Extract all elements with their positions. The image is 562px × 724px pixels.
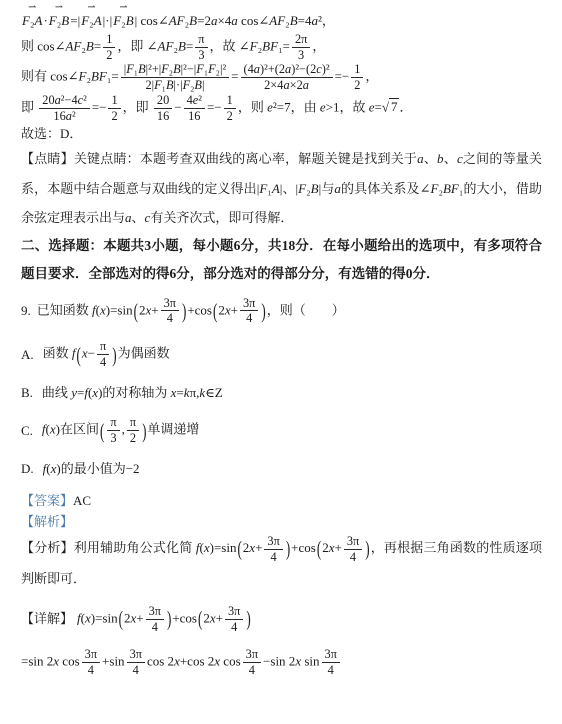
question-stem: 已知函数 f(x)=sin(2x+3π4)+cos(2x+3π4)，则（ ）: [37, 296, 345, 327]
explain-label: 【解析】: [21, 514, 73, 529]
analysis-paragraph: 【分析】利用辅助角公式化简 f(x)=sin(2x+3π4)+cos(2x+3π…: [21, 533, 542, 594]
question-number: 9.: [21, 301, 31, 321]
option-c-letter: C.: [21, 421, 33, 441]
key-note-label: 【点睛】: [21, 151, 74, 166]
document-page: F₂A·F₂B=|F₂A|·|F₂B| cos∠AF₂B=2a×4a cos∠A…: [0, 0, 562, 724]
detail-formula: f(x)=sin(2x+3π4)+cos(2x+3π4): [77, 604, 252, 635]
option-a-text: 函数 f(x−π4)为偶函数: [43, 339, 170, 370]
analysis-text: 利用辅助角公式化简 f(x)=sin(2x+3π4)+cos(2x+3π4)，再…: [21, 540, 542, 586]
option-b-text: 曲线 y=f(x)的对称轴为 x=kπ,k∈Z: [42, 383, 223, 403]
option-a-letter: A.: [21, 345, 34, 365]
option-b: B. 曲线 y=f(x)的对称轴为 x=kπ,k∈Z: [21, 383, 542, 403]
option-d: D. f(x)的最小值为−2: [21, 459, 542, 479]
question-9: 9. 已知函数 f(x)=sin(2x+3π4)+cos(2x+3π4)，则（ …: [21, 296, 542, 327]
formula-cos-angle: 则 cos∠AF₂B=12，即 ∠AF₂B=π3，故 ∠F₂BF₁=2π3，: [21, 32, 542, 63]
formula-dot-product: F₂A·F₂B=|F₂A|·|F₂B| cos∠AF₂B=2a×4a cos∠A…: [21, 10, 542, 32]
answer-line: 【答案】AC: [21, 491, 542, 512]
formula-law-of-cosines: 则有 cos∠F₂BF₁=|F₁B|²+|F₂B|²−|F₁F₂|²2|F₁B|…: [21, 62, 542, 93]
option-d-text: f(x)的最小值为−2: [43, 459, 140, 479]
formula-eccentricity: 即 20a²−4c²16a²=−12，即 2016−4e²16=−12，则 e²…: [21, 93, 542, 124]
option-c-text: f(x)在区间(π3,π2)单调递增: [42, 415, 200, 446]
conclusion-text: 故选：D．: [21, 124, 542, 145]
key-note-paragraph: 【点睛】关键点睛：本题考查双曲线的离心率，解题关键是找到关于a、b、c之间的等量…: [21, 144, 542, 232]
detail-line: 【详解】 f(x)=sin(2x+3π4)+cos(2x+3π4): [21, 604, 542, 635]
option-d-letter: D.: [21, 459, 34, 479]
detail-label: 【详解】: [21, 609, 73, 630]
section-header: 二、选择题：本题共3小题，每小题6分，共18分．在每小题给出的选项中，有多项符合…: [21, 232, 542, 287]
answer-label: 【答案】: [21, 493, 73, 508]
explain-line: 【解析】: [21, 512, 542, 533]
answer-value: AC: [73, 493, 91, 508]
expanded-formula: =sin 2x cos3π4+sin3π4cos 2x+cos 2x cos3π…: [21, 647, 542, 678]
key-note-text: 关键点睛：本题考查双曲线的离心率，解题关键是找到关于a、b、c之间的等量关系，本…: [21, 151, 542, 225]
option-a: A. 函数 f(x−π4)为偶函数: [21, 339, 542, 370]
option-b-letter: B.: [21, 383, 33, 403]
analysis-label: 【分析】: [21, 540, 74, 555]
option-c: C. f(x)在区间(π3,π2)单调递增: [21, 415, 542, 446]
